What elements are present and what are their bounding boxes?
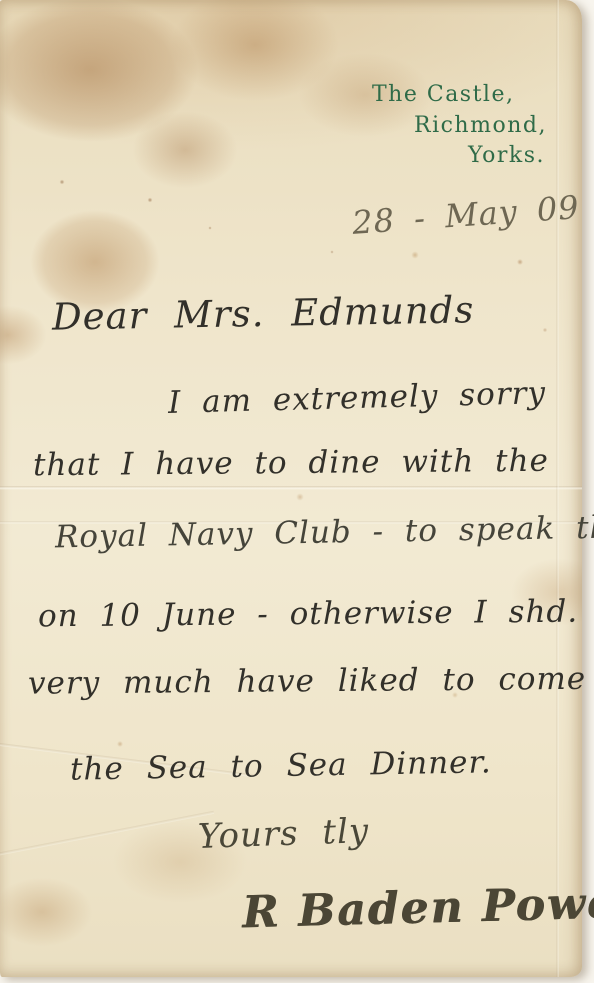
letterhead-line-yorks: Yorks. <box>468 143 545 168</box>
body-line: Royal Navy Club - to speak there <box>55 509 594 556</box>
letter-paper: The Castle, Richmond, Yorks. 28 - May 09… <box>0 0 582 977</box>
date-line: 28 - May 09 <box>351 188 581 242</box>
fold-crease <box>0 486 582 490</box>
signature: R Baden Powell <box>241 877 594 939</box>
body-line: that I have to dine with the <box>33 443 549 484</box>
fold-crease <box>556 0 559 977</box>
body-line: I am extremely sorry <box>168 375 547 421</box>
body-line: on 10 June - otherwise I shd. <box>38 594 578 635</box>
fold-crease <box>0 811 213 858</box>
closing: Yours tly <box>197 811 369 857</box>
letterhead-line-richmond: Richmond, <box>414 113 547 138</box>
salutation: Dear Mrs. Edmunds <box>52 288 475 338</box>
letterhead-line-castle: The Castle, <box>372 82 514 107</box>
scanned-letter: The Castle, Richmond, Yorks. 28 - May 09… <box>0 0 594 983</box>
body-line: the Sea to Sea Dinner. <box>70 744 492 787</box>
body-line: very much have liked to come to <box>28 660 594 701</box>
